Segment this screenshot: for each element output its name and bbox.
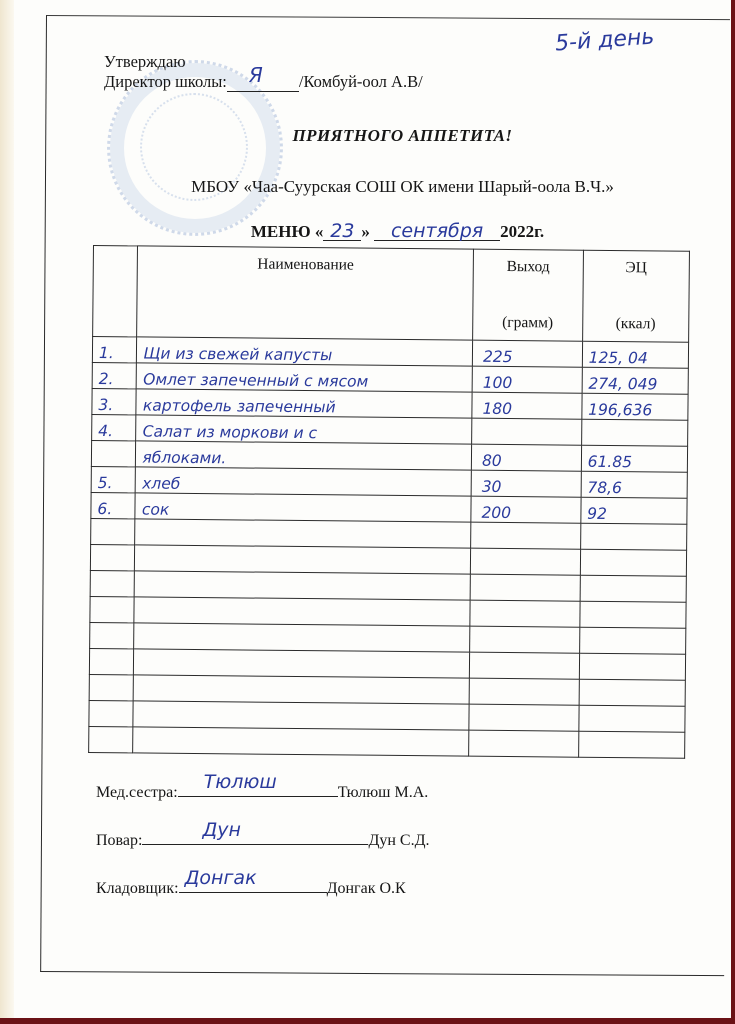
dish-name bbox=[134, 675, 470, 704]
signature-row-cook: Повар:ДунДун С.Д. bbox=[96, 828, 430, 848]
dish-energy-kcal bbox=[580, 601, 687, 628]
dish-output-grams bbox=[469, 652, 579, 679]
header-energy-title: ЭЦ bbox=[625, 259, 647, 277]
row-number bbox=[90, 622, 135, 648]
dish-name bbox=[134, 649, 470, 678]
dish-name bbox=[135, 571, 471, 600]
header-output-unit: (грамм) bbox=[502, 314, 553, 332]
header-number bbox=[93, 246, 138, 337]
row-number bbox=[90, 596, 135, 622]
row-number bbox=[89, 726, 134, 752]
table-header-row: Наименование Выход (грамм) ЭЦ (ккал) bbox=[93, 246, 690, 343]
dish-name: сок bbox=[135, 493, 471, 522]
dish-output-grams bbox=[469, 678, 579, 705]
paper-edge-left bbox=[0, 0, 14, 1024]
nurse-name: Тюлюш М.А. bbox=[338, 784, 429, 801]
director-signature: Я bbox=[249, 65, 263, 85]
dish-name bbox=[135, 545, 471, 574]
dish-output-grams bbox=[470, 626, 580, 653]
dish-energy-kcal bbox=[578, 731, 685, 758]
signature-row-nurse: Мед.сестра:ТюлюшТюлюш М.А. bbox=[96, 780, 430, 800]
dish-name bbox=[134, 623, 470, 652]
dish-name bbox=[133, 701, 469, 730]
dish-output-grams: 30 bbox=[471, 470, 581, 497]
dish-energy-kcal bbox=[581, 419, 688, 446]
menu-title: МЕНЮ «23» сентября2022г. bbox=[0, 222, 735, 242]
dish-output-grams bbox=[469, 704, 579, 731]
table-row bbox=[89, 726, 685, 758]
row-number: 2. bbox=[92, 362, 137, 388]
nurse-signature: Тюлюш bbox=[204, 772, 277, 792]
storekeeper-signature: Донгак bbox=[185, 868, 257, 888]
row-number bbox=[91, 440, 136, 466]
dish-output-grams bbox=[470, 548, 580, 575]
dish-output-grams: 200 bbox=[471, 496, 581, 523]
header-energy: ЭЦ (ккал) bbox=[582, 250, 689, 342]
row-number bbox=[90, 544, 135, 570]
paper-edge-bottom bbox=[0, 1018, 735, 1024]
header-name: Наименование bbox=[137, 246, 473, 340]
paper-edge-right bbox=[731, 0, 735, 1024]
storekeeper-label: Кладовщик: bbox=[96, 880, 179, 897]
approval-line: Утверждаю bbox=[104, 52, 423, 72]
dish-energy-kcal: 274, 049 bbox=[582, 367, 689, 394]
dish-name bbox=[134, 597, 470, 626]
cook-name: Дун С.Д. bbox=[368, 832, 429, 849]
cook-label: Повар: bbox=[96, 832, 142, 849]
header-output: Выход (грамм) bbox=[473, 249, 584, 341]
director-name: /Комбуй-оол А.В/ bbox=[299, 72, 423, 91]
menu-title-prefix: МЕНЮ « bbox=[251, 222, 324, 241]
storekeeper-signature-field: Донгак bbox=[179, 876, 327, 893]
dish-energy-kcal bbox=[580, 523, 687, 550]
row-number bbox=[89, 700, 134, 726]
signatures-block: Мед.сестра:ТюлюшТюлюш М.А. Повар:ДунДун … bbox=[96, 780, 430, 924]
menu-title-suffix: г. bbox=[534, 222, 544, 241]
dish-output-grams bbox=[471, 522, 581, 549]
row-number: 6. bbox=[91, 492, 136, 518]
dish-name bbox=[135, 519, 471, 548]
signature-row-storekeeper: Кладовщик:ДонгакДонгак О.К bbox=[96, 876, 430, 896]
row-number: 5. bbox=[91, 466, 136, 492]
header-output-title: Выход bbox=[507, 258, 550, 276]
dish-output-grams: 225 bbox=[472, 340, 582, 367]
table-body: 1.Щи из свежей капусты225125, 042.Омлет … bbox=[89, 337, 689, 759]
director-signature-field: Я bbox=[227, 73, 299, 92]
nurse-label: Мед.сестра: bbox=[96, 784, 178, 801]
dish-name: Омлет запеченный с мясом bbox=[137, 363, 473, 392]
storekeeper-name: Донгак О.К bbox=[327, 880, 406, 897]
dish-energy-kcal: 125, 04 bbox=[582, 341, 689, 368]
school-name: МБОУ «Чаа-Суурская СОШ ОК имени Шарый-оо… bbox=[0, 177, 735, 197]
row-number bbox=[89, 674, 134, 700]
cook-signature-field: Дун bbox=[142, 828, 368, 845]
dish-name: хлеб bbox=[136, 467, 472, 496]
menu-table: Наименование Выход (грамм) ЭЦ (ккал) 1.Щ… bbox=[88, 245, 690, 759]
dish-energy-kcal: 61.85 bbox=[581, 445, 688, 472]
dish-energy-kcal bbox=[580, 575, 687, 602]
dish-output-grams bbox=[472, 418, 582, 445]
header-energy-unit: (ккал) bbox=[616, 315, 656, 333]
row-number bbox=[89, 648, 134, 674]
dish-name: Щи из свежей капусты bbox=[137, 337, 473, 366]
menu-year: 2022 bbox=[500, 222, 534, 241]
dish-energy-kcal: 196,636 bbox=[582, 393, 689, 420]
dish-energy-kcal bbox=[579, 705, 686, 732]
menu-day: 23 bbox=[323, 222, 361, 241]
dish-output-grams bbox=[469, 730, 579, 757]
dish-energy-kcal bbox=[580, 549, 687, 576]
dish-output-grams: 100 bbox=[472, 366, 582, 393]
dish-output-grams bbox=[470, 574, 580, 601]
dish-output-grams: 180 bbox=[472, 392, 582, 419]
dish-energy-kcal: 92 bbox=[581, 497, 688, 524]
menu-month: сентября bbox=[374, 222, 500, 241]
row-number bbox=[90, 570, 135, 596]
director-label: Директор школы: bbox=[104, 72, 227, 91]
row-number: 1. bbox=[92, 337, 137, 363]
row-number: 4. bbox=[92, 414, 137, 440]
menu-title-mid: » bbox=[361, 222, 370, 241]
row-number: 3. bbox=[92, 388, 137, 414]
nurse-signature-field: Тюлюш bbox=[178, 780, 338, 797]
dish-energy-kcal bbox=[579, 627, 686, 654]
dish-name: яблоками. bbox=[136, 441, 472, 470]
dish-energy-kcal bbox=[579, 653, 686, 680]
dish-name: Салат из моркови и с bbox=[136, 415, 472, 444]
dish-energy-kcal: 78,6 bbox=[581, 471, 688, 498]
dish-output-grams bbox=[470, 600, 580, 627]
cook-signature: Дун bbox=[202, 820, 241, 840]
dish-energy-kcal bbox=[579, 679, 686, 706]
approval-block: Утверждаю Директор школы:Я/Комбуй-оол А.… bbox=[104, 52, 423, 92]
director-line: Директор школы:Я/Комбуй-оол А.В/ bbox=[104, 72, 423, 92]
greeting-heading: ПРИЯТНОГО АППЕТИТА! bbox=[0, 126, 735, 146]
dish-output-grams: 80 bbox=[471, 444, 581, 471]
row-number bbox=[91, 518, 136, 544]
dish-name: картофель запеченный bbox=[136, 389, 472, 418]
dish-name bbox=[133, 727, 469, 756]
